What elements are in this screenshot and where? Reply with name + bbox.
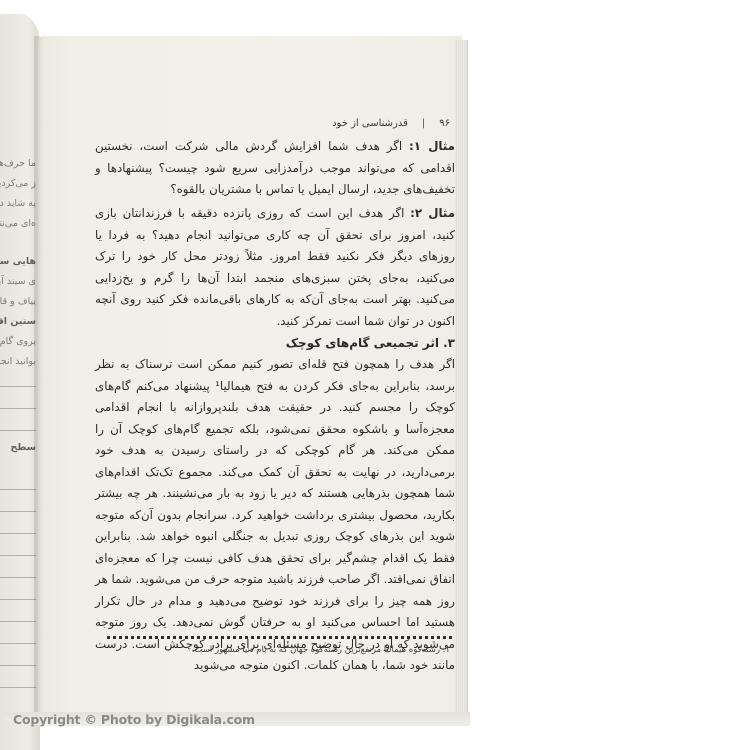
example-label: مثال ۱: <box>409 139 455 153</box>
page-edges <box>455 40 468 716</box>
writing-line <box>0 430 36 431</box>
left-page-fragment: ییاف و قابل دست <box>0 296 36 307</box>
example-label: مثال ۲: <box>410 206 455 220</box>
running-header: ۹۶ | قدرشناسی از خود <box>150 118 450 129</box>
section-title: ۳. اثر تجمیعی گام‌های کوچک <box>95 332 455 354</box>
writing-line <box>0 386 36 387</box>
example-text: اگر هدف این است که روزی پانزده دقیقه با … <box>95 206 455 328</box>
page-number: ۹۶ <box>439 118 450 129</box>
left-page-fragment: ی سیند آیا لازم ا <box>0 276 36 287</box>
footnote: ۱. رشته‌کوه هیمالیا مرتفع‌ترین رشته‌کوه … <box>150 645 450 655</box>
left-page-fragment: ز می‌کردید تک <box>0 178 36 189</box>
gutter-shadow <box>34 36 44 726</box>
writing-line <box>0 511 36 512</box>
writing-line <box>0 621 36 622</box>
left-page-fragment: هایی سه مرحله <box>0 256 36 267</box>
left-page-fragment: بوانید انجام دهی <box>0 356 36 367</box>
writing-line <box>0 555 36 556</box>
left-page-fragment: ما حرف‌های <box>0 158 36 169</box>
writing-line <box>0 665 36 666</box>
left-page-fragment: ه‌ای می‌نتیجه تص <box>0 218 36 229</box>
left-page-fragment: بروی گام‌های کوچک <box>0 336 36 347</box>
header-separator: | <box>422 118 425 129</box>
example-2: مثال ۲: اگر هدف این است که روزی پانزده د… <box>95 203 455 332</box>
copyright-watermark: Copyright © Photo by Digikala.com <box>13 712 255 727</box>
left-page-fragment: یه شاید دقیقاً <box>0 198 36 209</box>
footnote-divider <box>107 636 452 639</box>
section-3: ۳. اثر تجمیعی گام‌های کوچک اگر هدف را هم… <box>95 332 455 677</box>
writing-line <box>0 643 36 644</box>
left-page-fragment: ستین اقدامی که <box>0 316 36 327</box>
writing-line <box>0 408 36 409</box>
writing-line <box>0 687 36 688</box>
writing-line <box>0 533 36 534</box>
left-page-fragment: سطح <box>11 442 36 453</box>
writing-line <box>0 489 36 490</box>
section-paragraph: اگر هدف را همچون فتح قله‌ای تصور کنیم مم… <box>95 354 455 677</box>
example-1: مثال ۱: اگر هدف شما افزایش گردش مالی شرک… <box>95 136 455 201</box>
writing-line <box>0 577 36 578</box>
writing-line <box>0 599 36 600</box>
example-text: اگر هدف شما افزایش گردش مالی شرکت است، ن… <box>95 139 455 196</box>
running-head-title: قدرشناسی از خود <box>332 118 408 129</box>
